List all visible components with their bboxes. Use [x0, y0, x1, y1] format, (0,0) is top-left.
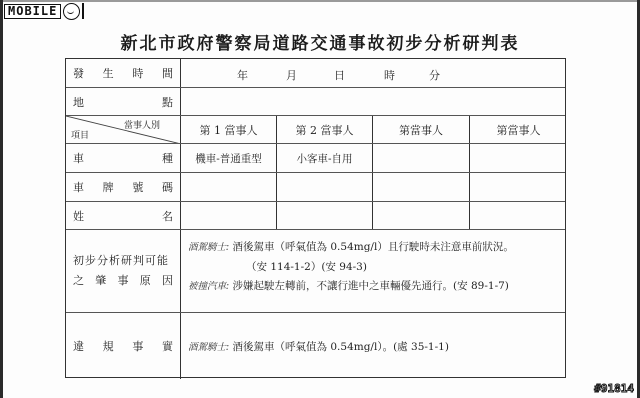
label-char: 牌	[103, 179, 114, 195]
label-char: 因	[162, 271, 173, 291]
row-party-header: 當事人別 項目 第 1 當事人 第 2 當事人 第當事人 第當事人	[66, 115, 565, 143]
accident-analysis-table: 發 生 時 間 年 月 日 時 分 地 點	[65, 58, 566, 378]
plate-number-party-2	[277, 173, 373, 201]
plate-number-party-1	[181, 173, 277, 201]
label-char: 事	[118, 271, 129, 291]
label-char: 生	[103, 65, 114, 81]
vehicle-type-party-1: 機車-普通重型	[181, 144, 277, 172]
label-char: 時	[132, 65, 143, 81]
header-item-label: 項目	[71, 128, 89, 141]
header-party-4: 第當事人	[470, 116, 567, 143]
cause-line-text: 酒後駕車（呼氣值為 0.54mg/l）且行駛時未注意車前狀況。	[229, 241, 514, 253]
label-char: 種	[162, 150, 173, 166]
row-occurrence-time: 發 生 時 間 年 月 日 時 分	[66, 59, 565, 87]
cause-line-2: （安 114-1-2）(安 94-3)	[188, 258, 514, 278]
document-left-edge	[0, 0, 3, 398]
violation-party-drunk-rider: 酒駕騎士:	[188, 339, 229, 353]
header-party-2: 第 2 當事人	[277, 116, 373, 143]
plate-number-party-4	[470, 173, 567, 201]
header-party-3: 第當事人	[373, 116, 470, 143]
time-day-unit: 日	[334, 67, 345, 83]
cause-party-drunk-rider: 酒駕騎士:	[188, 242, 229, 253]
mobile01-logo: MOBILE	[4, 3, 84, 19]
plate-number-party-3	[373, 173, 470, 201]
post-id-watermark: #91814	[594, 382, 634, 395]
time-minute-unit: 分	[429, 67, 440, 83]
violation-text: 酒後駕車（呼氣值為 0.54mg/l）。(處 35-1-1)	[229, 339, 449, 354]
label-violation-facts: 違 規 事 實	[66, 313, 181, 379]
label-location: 地 點	[66, 88, 181, 115]
cause-line-text: 涉嫌起駛左轉前，不讓行進中之車輛優先通行。(安 89-1-7)	[229, 280, 509, 292]
label-char: 事	[132, 338, 143, 354]
label-probable-cause: 初步分析研判可能 之 肇 事 原 因	[66, 230, 181, 312]
label-char: 肇	[95, 271, 106, 291]
cause-line-3: 被撞汽車: 涉嫌起駛左轉前，不讓行進中之車輛優先通行。(安 89-1-7)	[188, 277, 514, 297]
name-party-1	[181, 202, 277, 229]
time-month-unit: 月	[286, 67, 297, 83]
label-char: 點	[162, 94, 173, 110]
label-char: 違	[73, 338, 84, 354]
label-char: 規	[103, 338, 114, 354]
label-char: 實	[162, 338, 173, 354]
label-char: 間	[162, 65, 173, 81]
document-top-edge	[0, 0, 640, 2]
label-char: 姓	[73, 208, 84, 224]
label-occurrence-time: 發 生 時 間	[66, 59, 181, 87]
label-char: 地	[73, 94, 84, 110]
header-party-1: 第 1 當事人	[181, 116, 277, 143]
logo-bar-icon	[82, 3, 84, 19]
label-char: 之	[73, 271, 84, 291]
cause-party-hit-car: 被撞汽車:	[188, 281, 229, 292]
value-occurrence-time: 年 月 日 時 分	[181, 59, 565, 87]
logo-text: MOBILE	[4, 4, 61, 19]
value-location	[181, 88, 565, 115]
diagonal-header-cell: 當事人別 項目	[66, 116, 181, 143]
label-char: 名	[162, 208, 173, 224]
vehicle-type-party-3	[373, 144, 470, 172]
cause-label-line-2: 之 肇 事 原 因	[73, 271, 173, 291]
header-party-label: 當事人別	[124, 118, 160, 131]
time-hour-unit: 時	[384, 67, 395, 83]
cause-line-1: 酒駕騎士: 酒後駕車（呼氣值為 0.54mg/l）且行駛時未注意車前狀況。	[188, 238, 514, 258]
label-char: 發	[73, 65, 84, 81]
label-char: 車	[73, 179, 84, 195]
violation-facts-text: 酒駕騎士: 酒後駕車（呼氣值為 0.54mg/l）。(處 35-1-1)	[181, 313, 565, 379]
label-char: 車	[73, 150, 84, 166]
vehicle-type-party-4	[470, 144, 567, 172]
label-plate-number: 車 牌 號 碼	[66, 173, 181, 201]
name-party-3	[373, 202, 470, 229]
time-year-unit: 年	[237, 67, 248, 83]
row-probable-cause: 初步分析研判可能 之 肇 事 原 因 酒駕騎士: 酒後駕車（呼氣值為 0.54m…	[66, 229, 565, 312]
name-party-4	[470, 202, 567, 229]
row-location: 地 點	[66, 87, 565, 115]
row-plate-number: 車 牌 號 碼	[66, 172, 565, 201]
label-name: 姓 名	[66, 202, 181, 229]
label-char: 原	[140, 271, 151, 291]
vehicle-type-party-2: 小客車-自用	[277, 144, 373, 172]
row-vehicle-type: 車 種 機車-普通重型 小客車-自用	[66, 143, 565, 172]
row-violation-facts: 違 規 事 實 酒駕騎士: 酒後駕車（呼氣值為 0.54mg/l）。(處 35-…	[66, 312, 565, 379]
cause-label-line-1: 初步分析研判可能	[73, 251, 173, 271]
document-title: 新北市政府警察局道路交通事故初步分析研判表	[0, 29, 640, 54]
cause-line-text: （安 114-1-2）(安 94-3)	[246, 261, 367, 273]
name-party-2	[277, 202, 373, 229]
label-char: 碼	[162, 179, 173, 195]
probable-cause-text: 酒駕騎士: 酒後駕車（呼氣值為 0.54mg/l）且行駛時未注意車前狀況。 （安…	[188, 238, 514, 297]
row-name: 姓 名	[66, 201, 565, 229]
smiley-icon	[63, 3, 80, 20]
label-vehicle-type: 車 種	[66, 144, 181, 172]
label-char: 號	[132, 179, 143, 195]
